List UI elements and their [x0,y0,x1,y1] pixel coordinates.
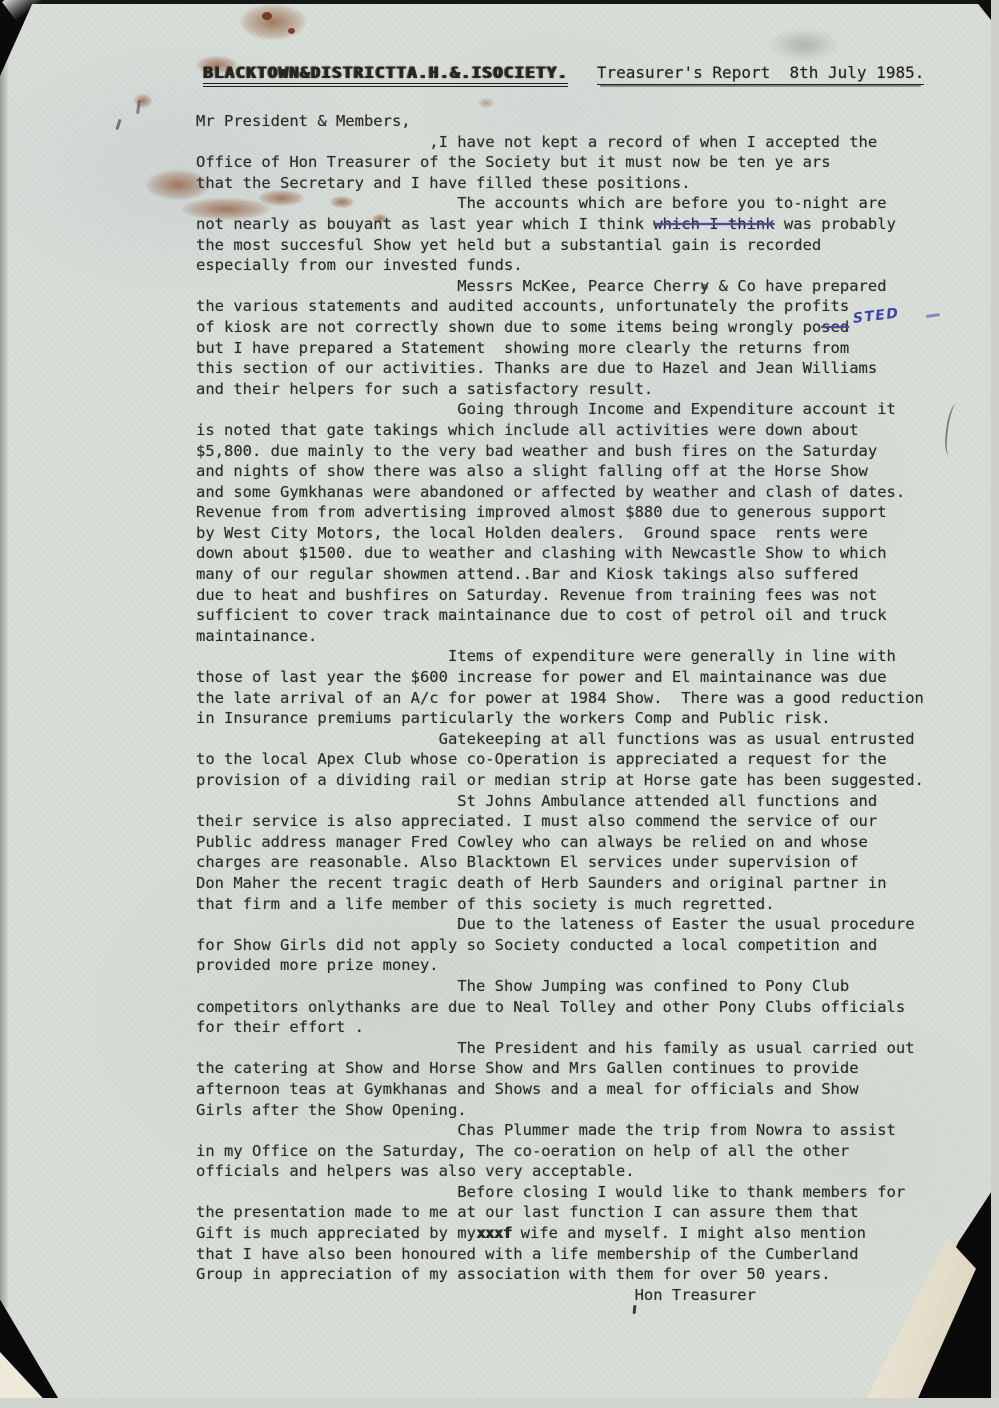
rust-speck [288,28,295,34]
text-segment: many of our regular showmen attend..Bar … [196,565,859,583]
document-line: provided more prize money. [196,955,924,976]
text-segment: Girls after the Show Opening. [196,1101,467,1119]
text-segment: their service is also appreciated. I mus… [196,812,877,830]
text-segment: Before closing I would like to thank mem… [196,1183,905,1201]
document-line: $5,800. due mainly to the very bad weath… [196,441,924,462]
scan-edge-top [0,0,999,4]
text-segment: that the Secretary and I have filled the… [196,174,691,192]
text-segment: down about $1500. due to weather and cla… [196,544,887,562]
document-line: and some Gymkhanas were abandoned or aff… [196,482,924,503]
text-segment: the late arrival of an A/c for power at … [196,689,924,707]
text-segment: for Show Girls did not apply so Society … [196,936,877,954]
text-segment: due to heat and bushfires on Saturday. R… [196,586,877,604]
text-segment: not nearly as bouyant as last year which… [196,215,653,233]
document-line: that firm and a life member of this soci… [196,894,924,915]
text-segment: the presentation made to me at our last … [196,1203,859,1221]
document-line: the presentation made to me at our last … [196,1202,924,1223]
document-line: officials and helpers was also very acce… [196,1161,924,1182]
text-segment: Group in appreciation of my association … [196,1265,831,1283]
text-segment: The President and his family as usual ca… [196,1039,915,1057]
document-line: their service is also appreciated. I mus… [196,811,924,832]
document-line: due to heat and bushfires on Saturday. R… [196,585,924,606]
text-segment: The Show Jumping was confined to Pony Cl… [196,977,849,995]
document-line: The Show Jumping was confined to Pony Cl… [196,976,924,997]
text-segment: Chas Plummer made the trip from Nowra to… [196,1121,896,1139]
text-segment: competitors onlythanks are due to Neal T… [196,998,905,1016]
gray-smudge [768,28,840,62]
document-line: Girls after the Show Opening. [196,1100,924,1121]
text-segment: in Insurance premiums particularly the w… [196,709,831,727]
document-line: maintainance. [196,626,924,647]
text-segment: of kiosk are not correctly shown due to … [196,318,821,336]
text-segment: afternoon teas at Gymkhanas and Shows an… [196,1080,859,1098]
document-line: and nights of show there was also a slig… [196,461,924,482]
text-segment: maintainance. [196,627,317,645]
text-segment: by West City Motors, the local Holden de… [196,524,868,542]
text-segment: Mr President & Members, [196,112,411,130]
document-line: this section of our activities. Thanks a… [196,358,924,379]
document-line: afternoon teas at Gymkhanas and Shows an… [196,1079,924,1100]
text-segment: Items of expenditure were generally in l… [196,647,896,665]
document-line: provision of a dividing rail or median s… [196,770,924,791]
text-segment: this section of our activities. Thanks a… [196,359,877,377]
document-line: Office of Hon Treasurer of the Society b… [196,152,924,173]
document-line: the catering at Show and Horse Show and … [196,1058,924,1079]
report-title: Treasurer's Report 8th July 1985. [597,63,925,85]
text-segment: in my Office on the Saturday, The co-oer… [196,1142,849,1160]
text-segment: officials and helpers was also very acce… [196,1162,635,1180]
document-line: The President and his family as usual ca… [196,1038,924,1059]
text-segment: $5,800. due mainly to the very bad weath… [196,442,877,460]
document-line: those of last year the $600 increase for… [196,667,924,688]
overtyped-text: xxxf [476,1224,511,1242]
document-line: for Show Girls did not apply so Society … [196,935,924,956]
text-segment: those of last year the $600 increase for… [196,668,887,686]
document-line: Public address manager Fred Cowley who c… [196,832,924,853]
text-segment: St Johns Ambulance attended all function… [196,792,877,810]
text-segment: provision of a dividing rail or median s… [196,771,924,789]
header-gap [568,63,597,82]
scan-strip-bottom [0,1398,999,1408]
document-body: Mr President & Members, ,I have not kept… [196,111,924,1305]
document-line: Don Maher the recent tragic death of Her… [196,873,924,894]
document-line: Mr President & Members, [196,111,924,132]
text-segment: was probably [775,215,896,233]
text-segment: The accounts which are before you to-nig… [196,194,887,212]
document-line: Chas Plummer made the trip from Nowra to… [196,1120,924,1141]
document-line: and their helpers for such a satisfactor… [196,379,924,400]
text-segment: Due to the lateness of Easter the usual … [196,915,915,933]
document-line: the most succesful Show yet held but a s… [196,235,924,256]
text-segment: for their effort . [196,1018,364,1036]
document-line: competitors onlythanks are due to Neal T… [196,997,924,1018]
document-line: to the local Apex Club whose co-Operatio… [196,749,924,770]
document-line: not nearly as bouyant as last year which… [196,214,924,235]
text-segment: and their helpers for such a satisfactor… [196,380,653,398]
text-segment: Office of Hon Treasurer of the Society b… [196,153,831,171]
text-segment: provided more prize money. [196,956,439,974]
text-segment: Public address manager Fred Cowley who c… [196,833,868,851]
text-segment: that I have also been honoured with a li… [196,1245,859,1263]
document-line: Group in appreciation of my association … [196,1264,924,1285]
text-segment: Gatekeeping at all functions was as usua… [196,730,915,748]
document-line: many of our regular showmen attend..Bar … [196,564,924,585]
text-segment: and some Gymkhanas were abandoned or aff… [196,483,905,501]
text-segment: and nights of show there was also a slig… [196,462,868,480]
scan-edge-left [0,58,9,1308]
document-line: charges are reasonable. Also Blacktown E… [196,852,924,873]
text-segment: that firm and a life member of this soci… [196,895,775,913]
text-segment: charges are reasonable. Also Blacktown E… [196,853,859,871]
text-segment: Don Maher the recent tragic death of Her… [196,874,887,892]
society-title: BLACKTOWN&DISTRICTTA.H.&.ISOCIETY. [203,63,568,87]
document-line: ,I have not kept a record of when I acce… [196,132,924,153]
text-segment: to the local Apex Club whose co-Operatio… [196,750,887,768]
document-line: in Insurance premiums particularly the w… [196,708,924,729]
text-segment: the various statements and audited accou… [196,297,849,315]
document-line: Going through Income and Expenditure acc… [196,399,924,420]
text-segment: sufficient to cover track maintainance d… [196,606,887,624]
text-segment: is noted that gate takings which include… [196,421,859,439]
text-segment: especially from our invested funds. [196,256,523,274]
rust-stain [478,98,494,108]
document-line: sufficient to cover track maintainance d… [196,605,924,626]
rust-speck [262,12,272,20]
document-line: Gift is much appreciated by myxxxf wife … [196,1223,924,1244]
text-segment: wife and myself. I might also mention [511,1224,866,1242]
document-line: that the Secretary and I have filled the… [196,173,924,194]
text-segment: the catering at Show and Horse Show and … [196,1059,859,1077]
document-line: is noted that gate takings which include… [196,420,924,441]
document-line: Messrs McKee, Pearce Cherry & Co have pr… [196,276,924,297]
text-segment: ,I have not kept a record of when I acce… [196,133,877,151]
document-line: Items of expenditure were generally in l… [196,646,924,667]
scan-strip-right [991,0,999,1408]
text-segment: the most succesful Show yet held but a s… [196,236,821,254]
document-line: of kiosk are not correctly shown due to … [196,317,924,338]
text-segment: Revenue from from advertising improved a… [196,503,887,521]
document-line: The accounts which are before you to-nig… [196,193,924,214]
document-line: but I have prepared a Statement showing … [196,338,924,359]
document-line: Due to the lateness of Easter the usual … [196,914,924,935]
document-line: for their effort . [196,1017,924,1038]
scanned-document-page: BLACKTOWN&DISTRICTTA.H.&.ISOCIETY. Treas… [0,0,999,1408]
document-line: down about $1500. due to weather and cla… [196,543,924,564]
text-segment: Gift is much appreciated by my [196,1224,476,1242]
text-segment: Messrs McKee, Pearce Cherry & Co have pr… [196,277,887,295]
document-line: by West City Motors, the local Holden de… [196,523,924,544]
document-header: BLACKTOWN&DISTRICTTA.H.&.ISOCIETY. Treas… [203,62,924,84]
document-line: in my Office on the Saturday, The co-oer… [196,1141,924,1162]
text-segment: Hon Treasurer [196,1286,756,1304]
rust-stain [240,4,306,40]
document-line: especially from our invested funds. [196,255,924,276]
document-line: the late arrival of an A/c for power at … [196,688,924,709]
strikethrough-text: which I think [653,215,774,233]
handwritten-correction: STED [852,309,855,329]
document-line: Gatekeeping at all functions was as usua… [196,729,924,750]
document-line: St Johns Ambulance attended all function… [196,791,924,812]
document-line: Hon Treasurer [196,1285,924,1306]
strikethrough-text: sed [821,318,849,336]
document-line: Before closing I would like to thank mem… [196,1182,924,1203]
text-segment: but I have prepared a Statement showing … [196,339,849,357]
document-line: Revenue from from advertising improved a… [196,502,924,523]
text-segment: Going through Income and Expenditure acc… [196,400,896,418]
document-line: that I have also been honoured with a li… [196,1244,924,1265]
document-line: the various statements and audited accou… [196,296,924,317]
